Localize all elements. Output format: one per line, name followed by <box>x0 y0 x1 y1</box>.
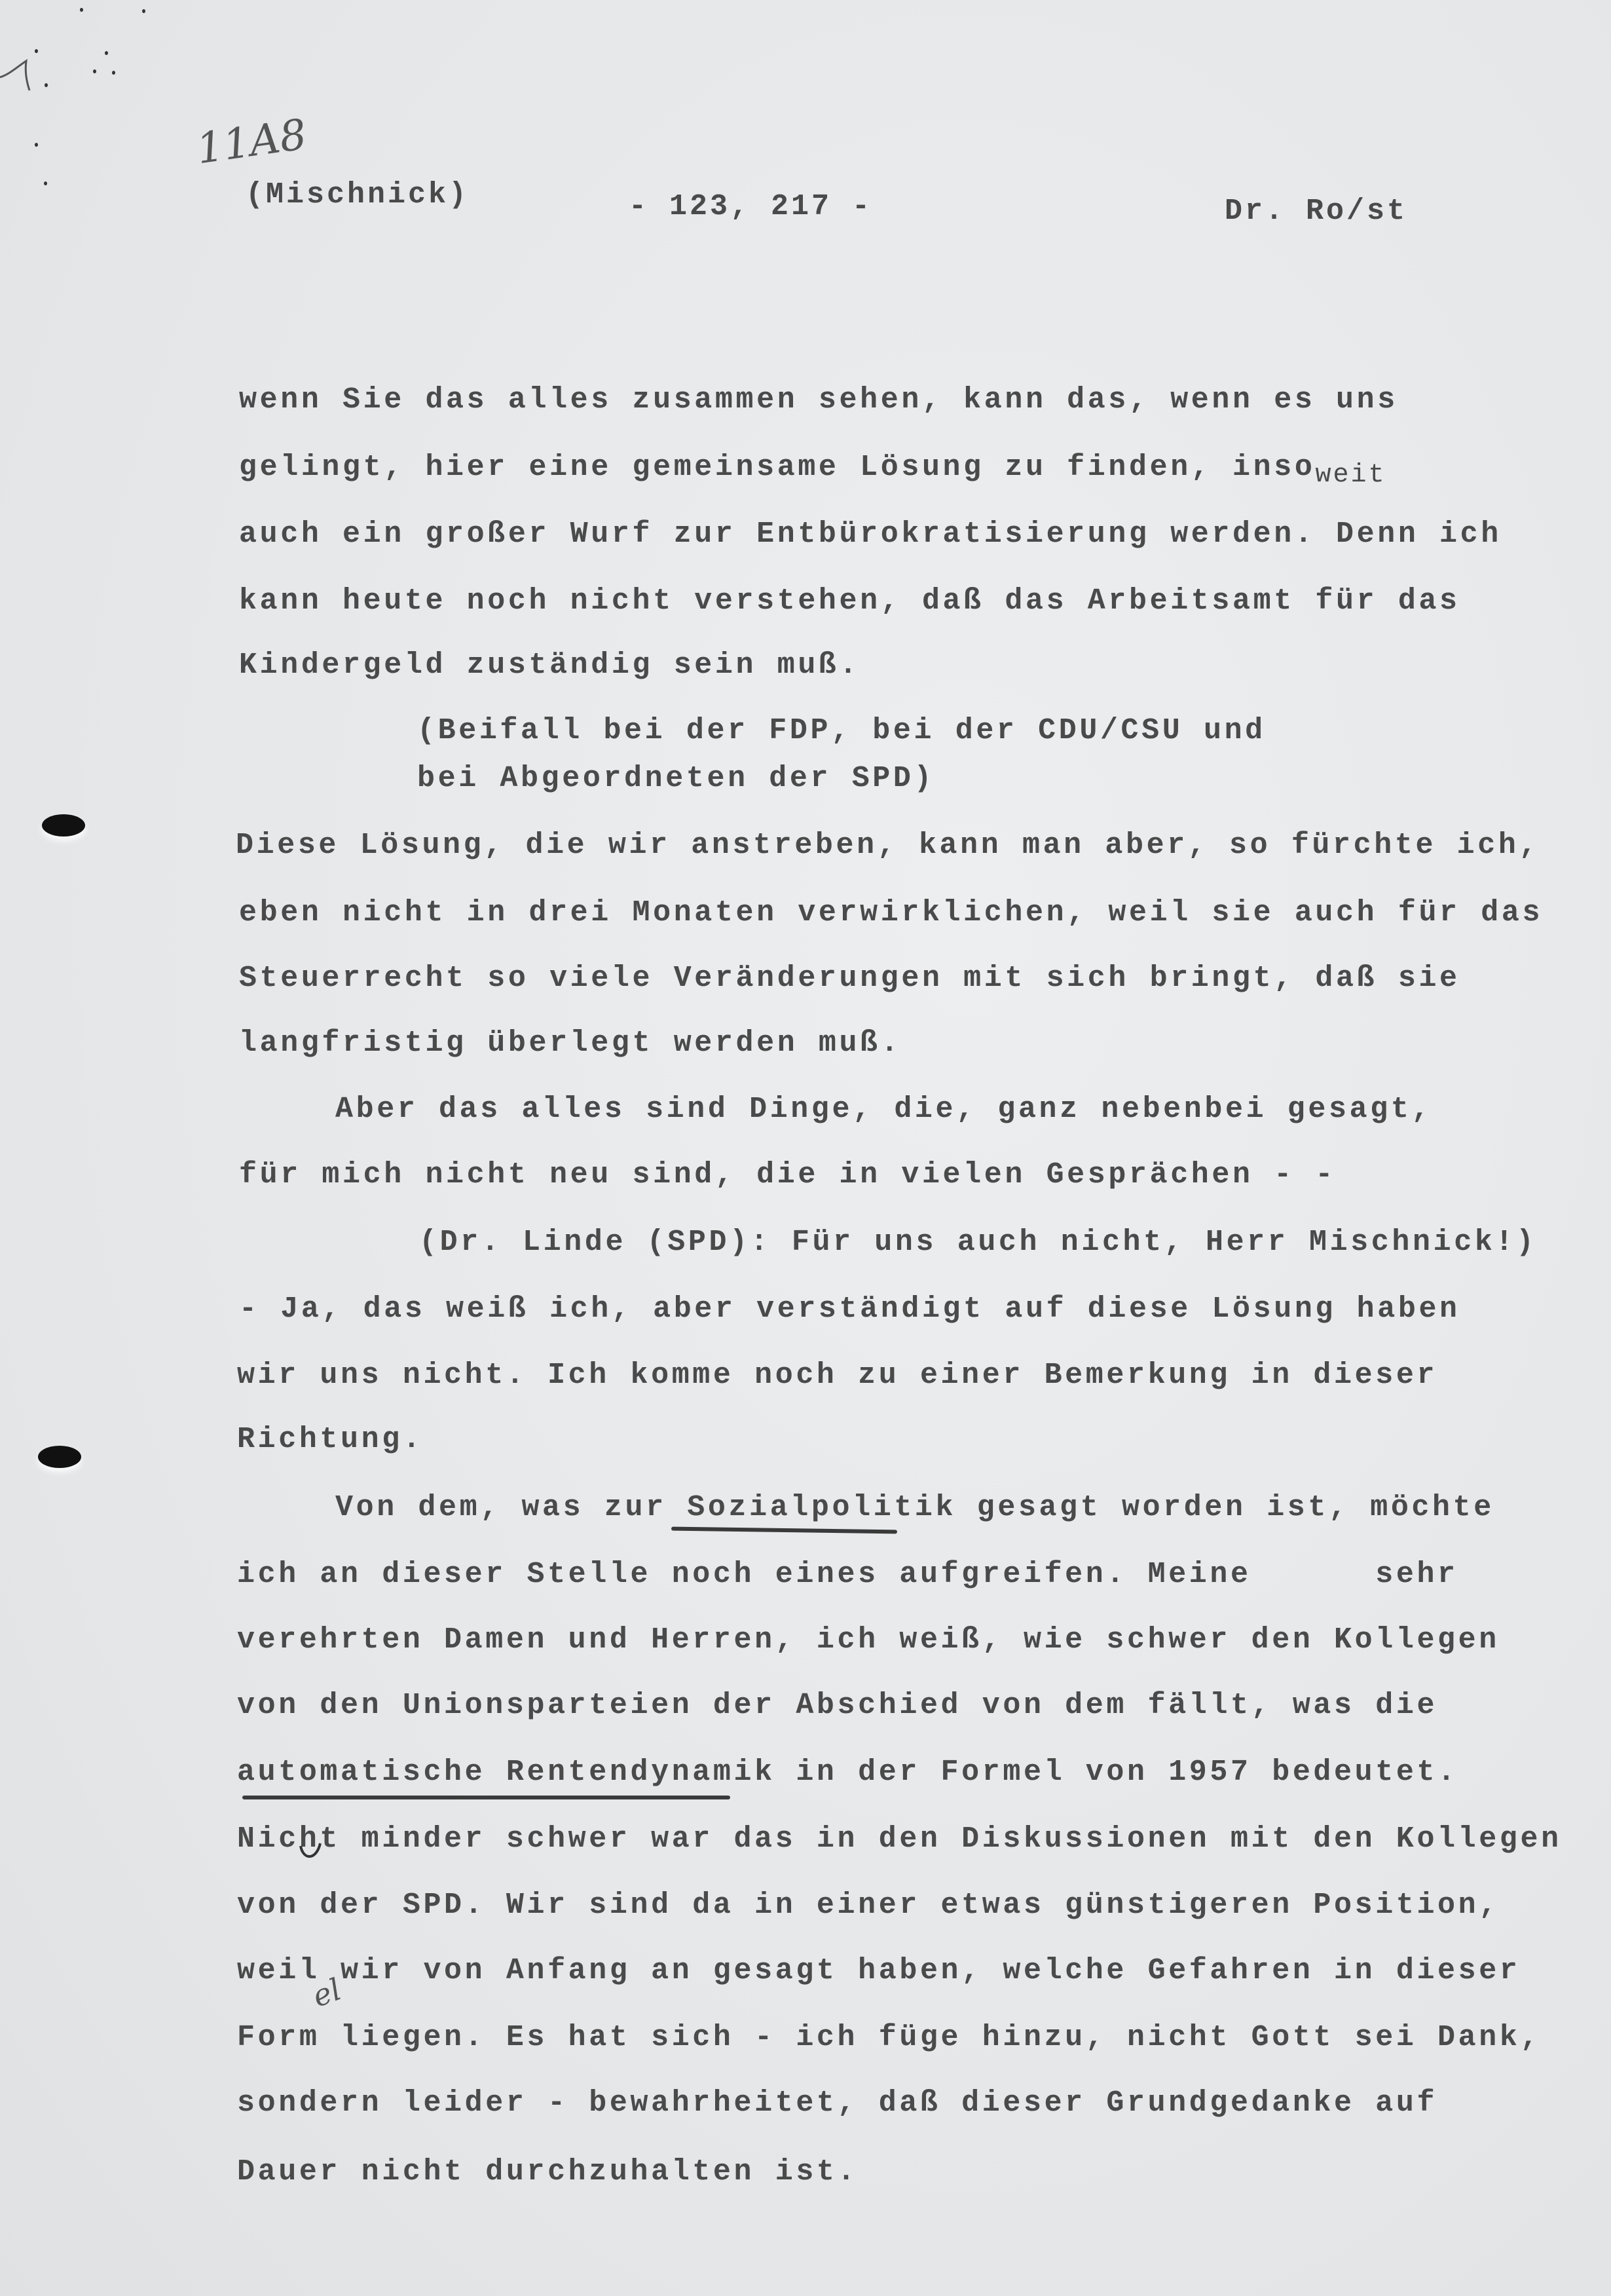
applause-note: bei Abgeordneten der SPD) <box>417 762 935 795</box>
text-line: - Ja, das weiß ich, aber verständigt auf… <box>239 1292 1460 1326</box>
text-line: wenn Sie das alles zusammen sehen, kann … <box>239 383 1398 417</box>
staple-mark <box>105 51 108 55</box>
text-line: Form liegen. Es hat sich - ich füge hinz… <box>237 2021 1541 2054</box>
text-line: für mich nicht neu sind, die in vielen G… <box>239 1158 1336 1192</box>
text-line: auch ein großer Wurf zur Entbürokratisie… <box>239 518 1502 551</box>
inserted-word: weit <box>1315 461 1386 490</box>
staple-mark <box>35 49 38 53</box>
text-line: Diese Lösung, die wir anstreben, kann ma… <box>236 829 1540 862</box>
handwritten-underline-sozialpolitik <box>671 1527 897 1534</box>
staple-mark <box>142 9 145 13</box>
handwritten-reference: 11A8 <box>194 111 310 174</box>
text-line: Nicht minder schwer war das in den Disku… <box>237 1822 1562 1856</box>
page-reference: - 123, 217 - <box>629 190 872 223</box>
pencil-mark <box>0 58 39 97</box>
document-page: 11A8 (Mischnick) - 123, 217 - Dr. Ro/st … <box>0 0 1611 2296</box>
text-line: Steuerrecht so viele Veränderungen mit s… <box>239 962 1460 995</box>
staple-mark <box>80 8 83 12</box>
text-line: eben nicht in drei Monaten verwirklichen… <box>239 896 1543 930</box>
text-line: verehrten Damen und Herren, ich weiß, wi… <box>237 1623 1500 1657</box>
text-line: kann heute noch nicht verstehen, daß das… <box>239 584 1460 618</box>
staple-mark <box>44 181 47 185</box>
text-line: von der SPD. Wir sind da in einer etwas … <box>237 1889 1500 1922</box>
text-line: Von dem, was zur Sozialpolitik gesagt wo… <box>335 1491 1494 1524</box>
text-line: Aber das alles sind Dinge, die, ganz neb… <box>335 1093 1432 1126</box>
staple-mark <box>35 143 38 147</box>
text-line-main: gelingt, hier eine gemeinsame Lösung zu … <box>239 451 1315 484</box>
interjection: (Dr. Linde (SPD): Für uns auch nicht, He… <box>419 1226 1537 1259</box>
text-line: weil wir von Anfang an gesagt haben, wel… <box>237 1954 1520 1987</box>
applause-note: (Beifall bei der FDP, bei der CDU/CSU un… <box>417 714 1266 747</box>
text-line: wir uns nicht. Ich komme noch zu einer B… <box>237 1359 1437 1392</box>
text-line: ich an dieser Stelle noch eines aufgreif… <box>237 1558 1458 1591</box>
staple-mark <box>112 71 115 75</box>
punch-hole-lower <box>38 1446 81 1468</box>
text-line: Dauer nicht durchzuhalten ist. <box>237 2155 858 2189</box>
staple-mark <box>93 69 96 73</box>
text-line: von den Unionsparteien der Abschied von … <box>237 1689 1437 1722</box>
typist-initials: Dr. Ro/st <box>1225 195 1407 228</box>
speaker-name: (Mischnick) <box>246 178 469 212</box>
text-line: automatische Rentendynamik in der Formel… <box>237 1756 1458 1789</box>
text-line: Richtung. <box>237 1423 423 1456</box>
text-line: Kindergeld zuständig sein muß. <box>239 649 860 682</box>
punch-hole-upper <box>42 814 85 837</box>
text-line: gelingt, hier eine gemeinsame Lösung zu … <box>239 451 1386 484</box>
staple-mark <box>45 83 48 87</box>
handwritten-underline-rentendynamik <box>242 1796 730 1799</box>
text-line: langfristig überlegt werden muß. <box>239 1026 901 1060</box>
text-line: sondern leider - bewahrheitet, daß diese… <box>237 2086 1437 2120</box>
correction-mark <box>298 1841 324 1867</box>
